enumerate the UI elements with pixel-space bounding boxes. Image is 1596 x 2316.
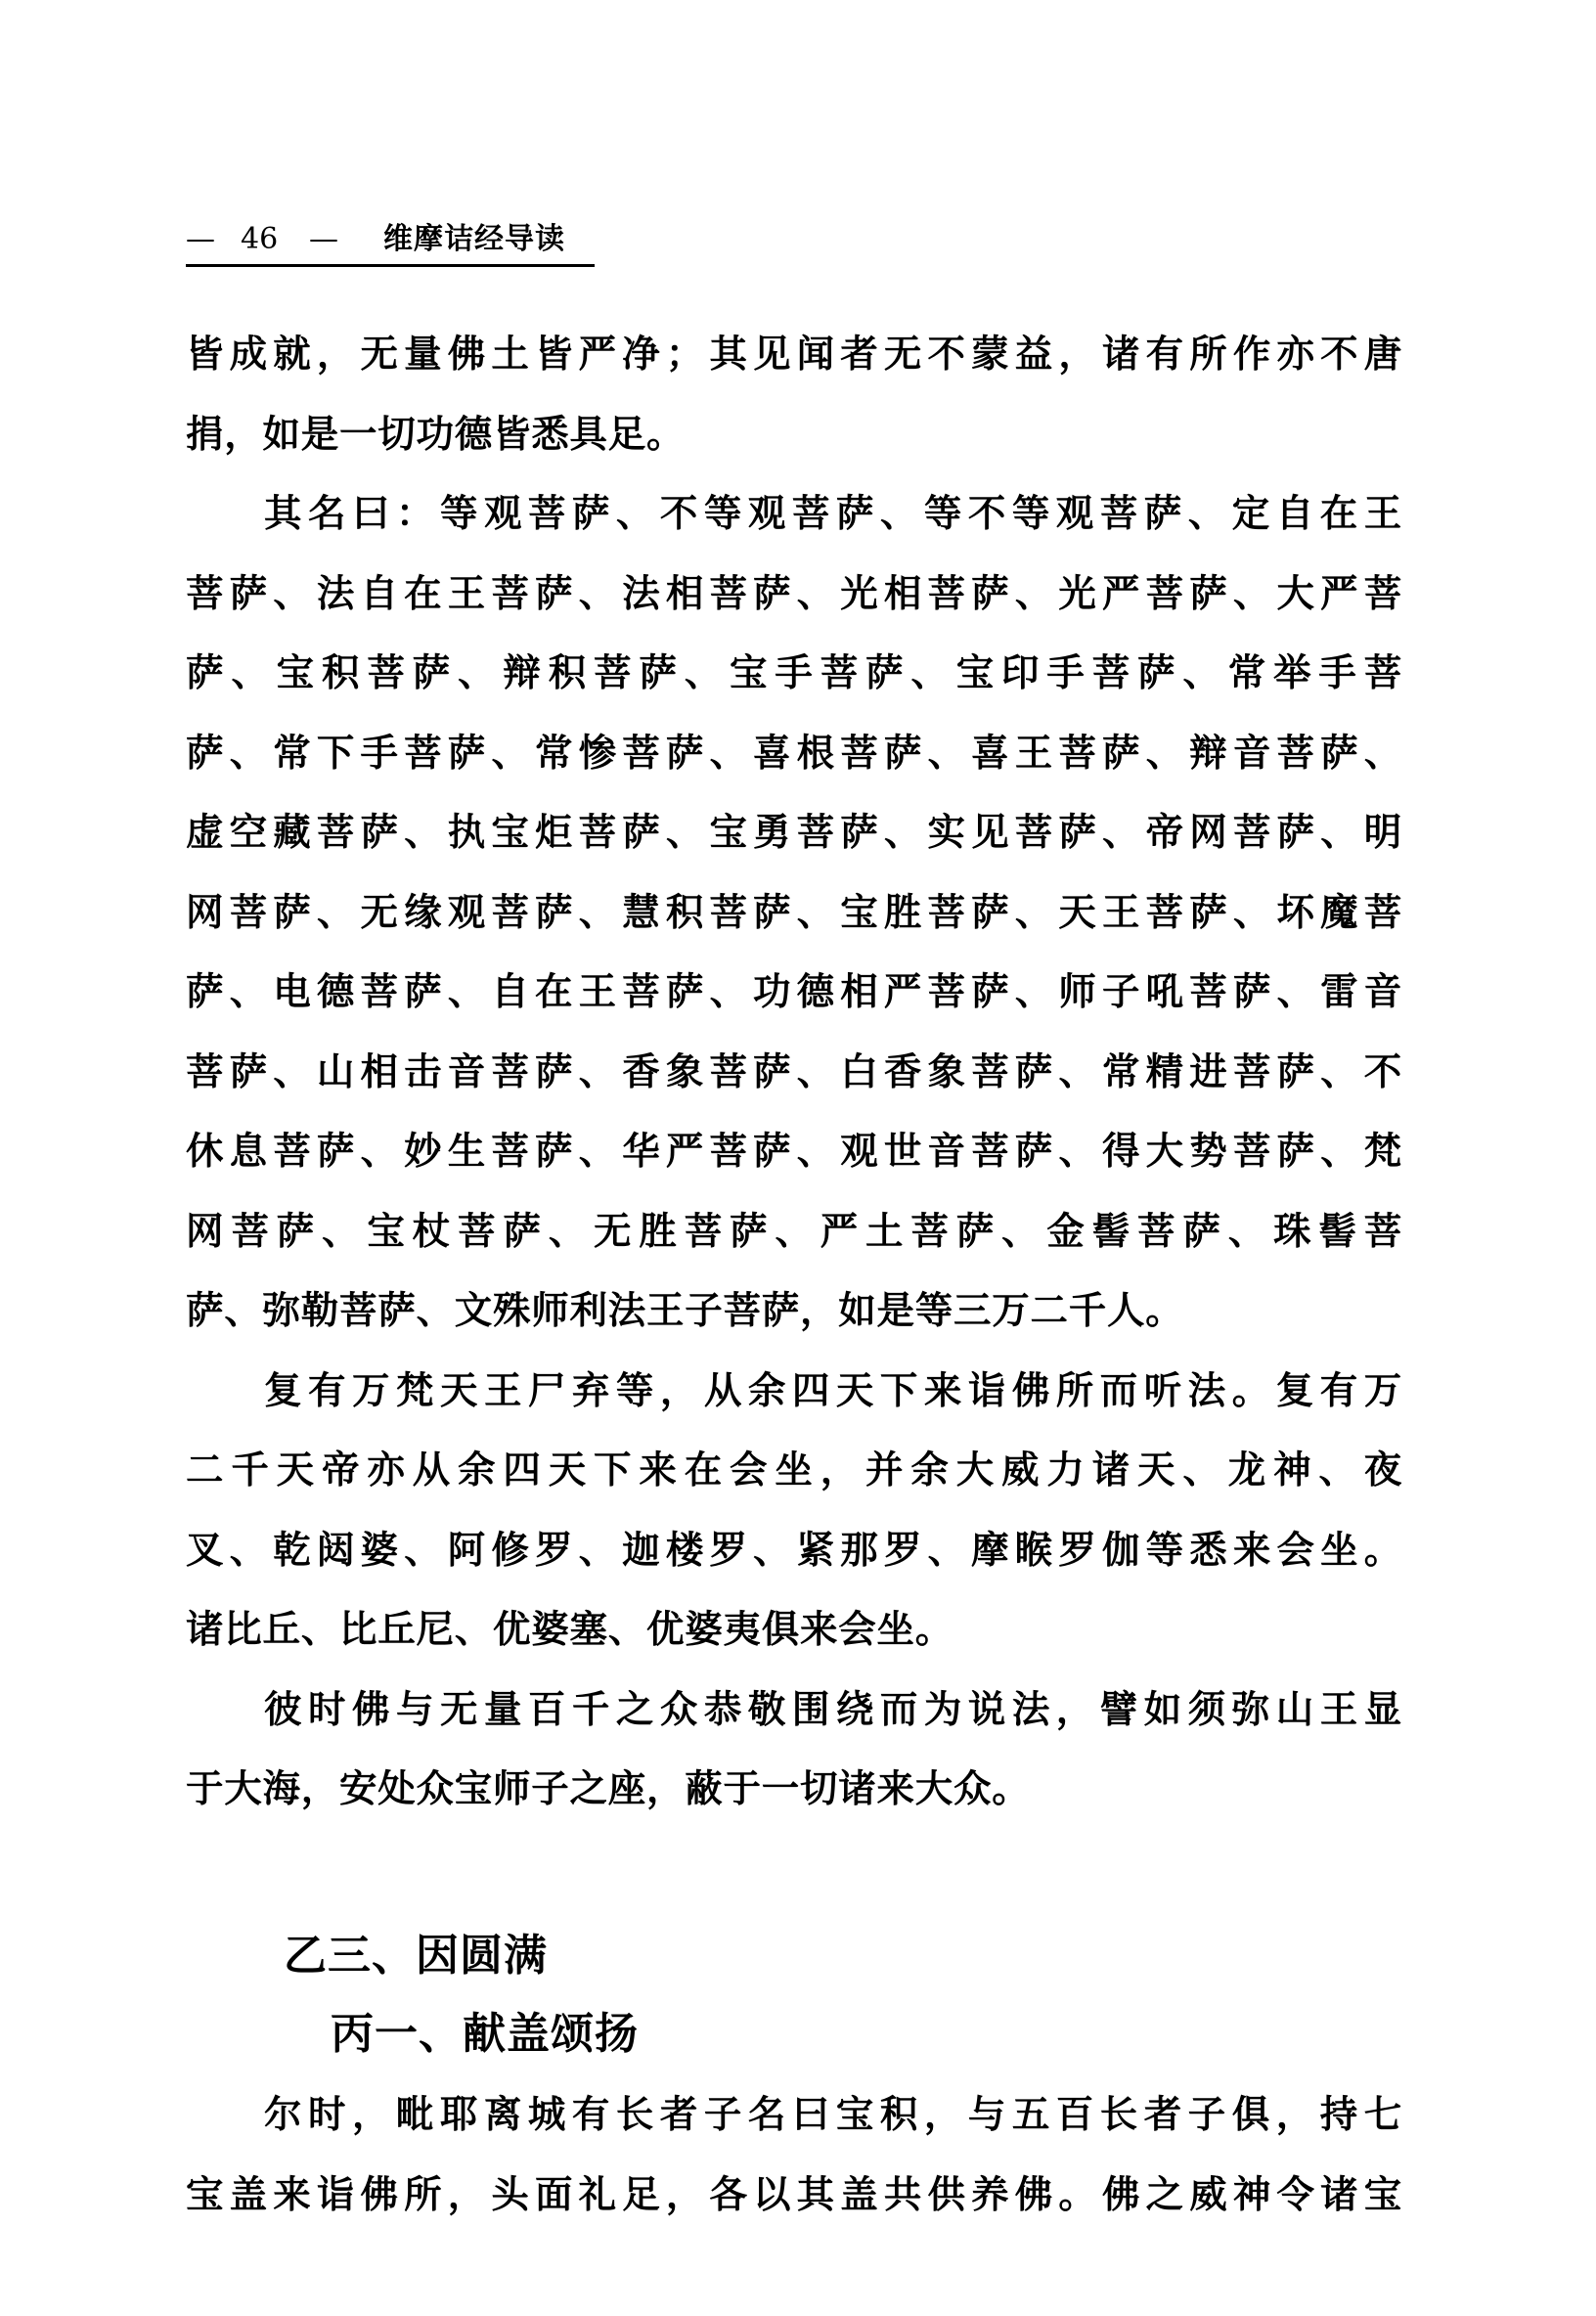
body-text-block-1: 皆成就，无量佛土皆严净；其见闻者无不蒙益，诸有所作亦不唐 捐，如是一切功德皆悉具… bbox=[186, 315, 1402, 1830]
running-head-dash-left: — bbox=[186, 221, 241, 258]
text-line: 捐，如是一切功德皆悉具足。 bbox=[186, 395, 1402, 475]
text-line: 萨、常下手菩萨、常惨菩萨、喜根菩萨、喜王菩萨、辩音菩萨、 bbox=[186, 714, 1402, 794]
text-line: 二千天帝亦从余四天下来在会坐，并余大威力诸天、龙神、夜 bbox=[186, 1431, 1402, 1511]
text-line: 宝盖来诣佛所，头面礼足，各以其盖共供养佛。佛之威神令诸宝 bbox=[186, 2156, 1402, 2236]
paragraph-start-line: 尔时，毗耶离城有长者子名曰宝积，与五百长者子俱，持七 bbox=[186, 2075, 1402, 2156]
text-line: 于大海，安处众宝师子之座，蔽于一切诸来大众。 bbox=[186, 1750, 1402, 1830]
section-heading: 乙三、因圆满 bbox=[284, 1929, 548, 1983]
text-line: 菩萨、法自在王菩萨、法相菩萨、光相菩萨、光严菩萨、大严菩 bbox=[186, 555, 1402, 635]
running-head: —46—维摩诘经导读 bbox=[186, 221, 595, 267]
paragraph-start-line: 其名曰：等观菩萨、不等观菩萨、等不等观菩萨、定自在王 bbox=[186, 474, 1402, 555]
running-head-dash-right: — bbox=[309, 221, 383, 258]
text-line: 萨、宝积菩萨、辩积菩萨、宝手菩萨、宝印手菩萨、常举手菩 bbox=[186, 634, 1402, 714]
text-line: 萨、电德菩萨、自在王菩萨、功德相严菩萨、师子吼菩萨、雷音 bbox=[186, 953, 1402, 1033]
paragraph-start-line: 彼时佛与无量百千之众恭敬围绕而为说法，譬如须弥山王显 bbox=[186, 1670, 1402, 1751]
text-line: 休息菩萨、妙生菩萨、华严菩萨、观世音菩萨、得大势菩萨、梵 bbox=[186, 1112, 1402, 1192]
text-line: 网菩萨、无缘观菩萨、慧积菩萨、宝胜菩萨、天王菩萨、坏魔菩 bbox=[186, 873, 1402, 954]
book-page: —46—维摩诘经导读 皆成就，无量佛土皆严净；其见闻者无不蒙益，诸有所作亦不唐 … bbox=[0, 0, 1596, 2316]
text-line: 皆成就，无量佛土皆严净；其见闻者无不蒙益，诸有所作亦不唐 bbox=[186, 315, 1402, 395]
text-line: 菩萨、山相击音菩萨、香象菩萨、白香象菩萨、常精进菩萨、不 bbox=[186, 1033, 1402, 1113]
text-line: 网菩萨、宝杖菩萨、无胜菩萨、严土菩萨、金髻菩萨、珠髻菩 bbox=[186, 1192, 1402, 1272]
text-line: 虚空藏菩萨、执宝炬菩萨、宝勇菩萨、实见菩萨、帝网菩萨、明 bbox=[186, 793, 1402, 873]
text-line: 诸比丘、比丘尼、优婆塞、优婆夷俱来会坐。 bbox=[186, 1590, 1402, 1670]
text-line: 萨、弥勒菩萨、文殊师利法王子菩萨，如是等三万二千人。 bbox=[186, 1271, 1402, 1352]
book-title: 维摩诘经导读 bbox=[383, 221, 565, 258]
body-text-block-2: 尔时，毗耶离城有长者子名曰宝积，与五百长者子俱，持七 宝盖来诣佛所，头面礼足，各… bbox=[186, 2075, 1402, 2235]
page-number: 46 bbox=[241, 221, 309, 258]
paragraph-start-line: 复有万梵天王尸弃等，从余四天下来诣佛所而听法。复有万 bbox=[186, 1352, 1402, 1432]
subsection-heading: 丙一、献盖颂扬 bbox=[331, 2007, 639, 2062]
text-line: 叉、乾闼婆、阿修罗、迦楼罗、紧那罗、摩睺罗伽等悉来会坐。 bbox=[186, 1511, 1402, 1591]
